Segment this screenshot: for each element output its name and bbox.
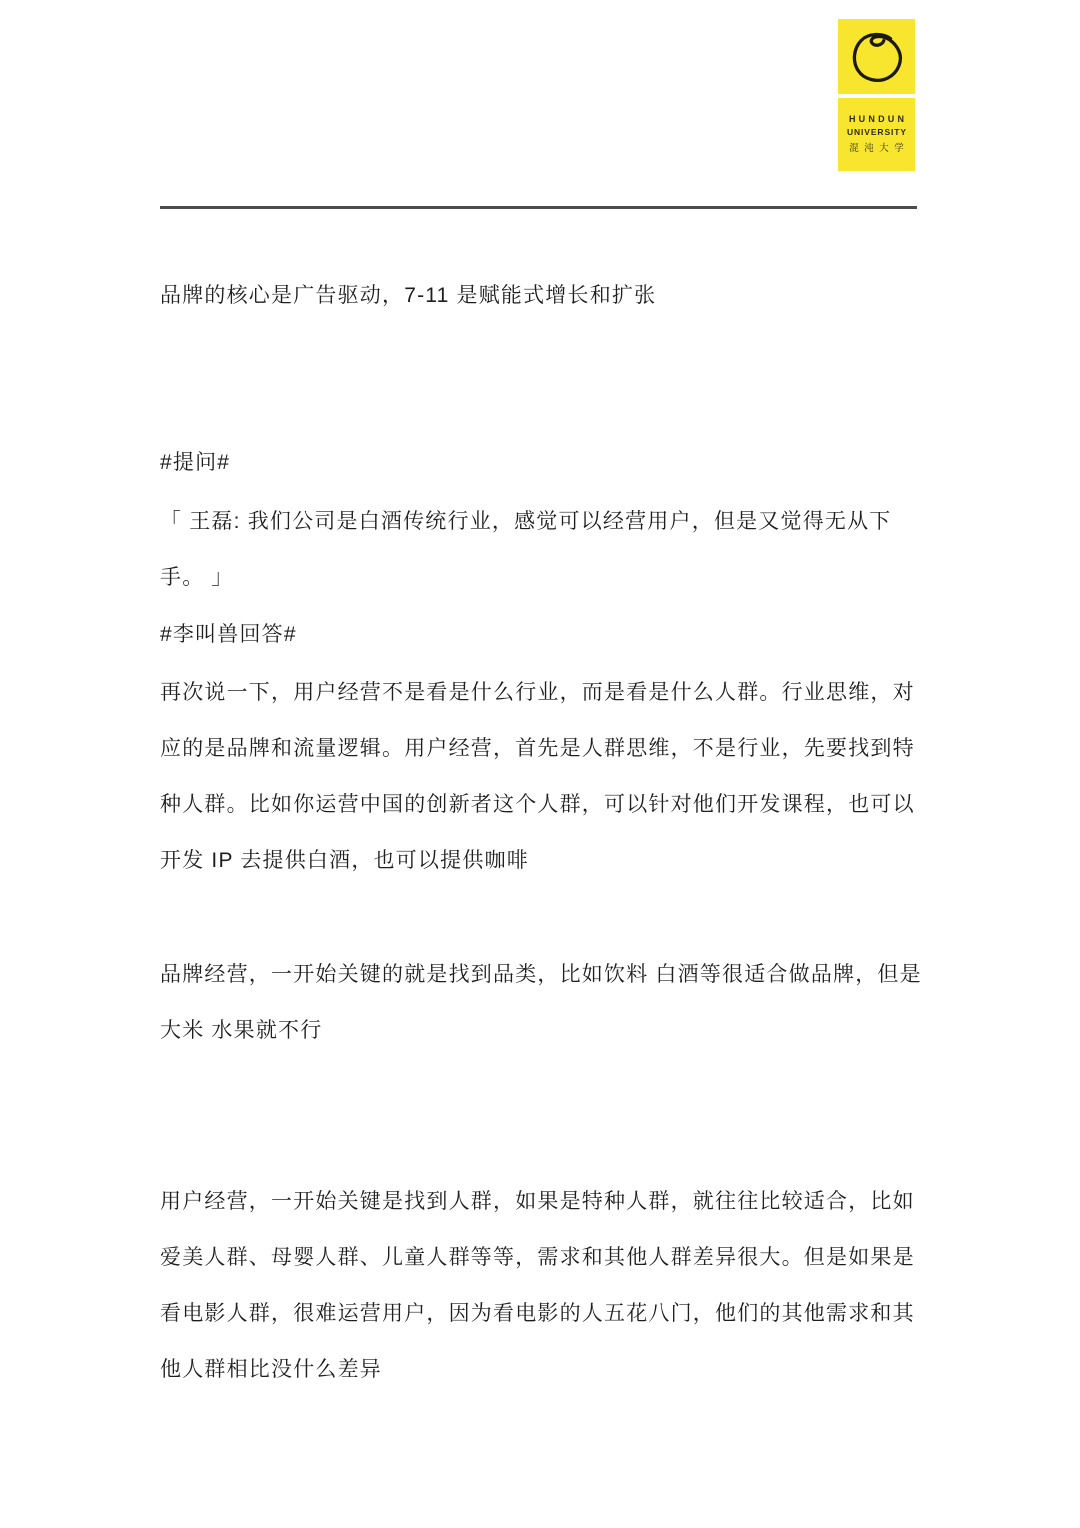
logo-text-hundun: HUNDUN <box>846 113 907 126</box>
logo-wordmark: HUNDUN UNIVERSITY 混沌大学 <box>838 98 915 171</box>
article-title: 品牌的核心是广告驱动，7-11 是赋能式增长和扩张 <box>160 268 960 324</box>
enso-circle-icon <box>848 28 906 86</box>
article-content: 品牌的核心是广告驱动，7-11 是赋能式增长和扩张 #提问# 「 王磊: 我们公… <box>160 268 960 1398</box>
logo-text-university: UNIVERSITY <box>846 126 907 139</box>
answer-paragraph-3: 用户经营，一开始关键是找到人群，如果是特种人群，就往往比较适合，比如 爱美人群、… <box>160 1174 960 1398</box>
document-page: HUNDUN UNIVERSITY 混沌大学 品牌的核心是广告驱动，7-11 是… <box>0 0 1080 1528</box>
answer-tag: #李叫兽回答# <box>160 607 960 663</box>
logo-text-chinese: 混沌大学 <box>844 141 910 156</box>
hundun-university-logo: HUNDUN UNIVERSITY 混沌大学 <box>838 19 915 171</box>
answer-paragraph-1: 再次说一下，用户经营不是看是什么行业，而是看是什么人群。行业思维，对 应的是品牌… <box>160 665 960 889</box>
logo-mark-box <box>838 19 915 94</box>
question-tag: #提问# <box>160 435 960 491</box>
horizontal-divider <box>160 206 917 209</box>
question-quote: 「 王磊: 我们公司是白酒传统行业，感觉可以经营用户，但是又觉得无从下 手。 」 <box>160 494 960 606</box>
answer-paragraph-2: 品牌经营，一开始关键的就是找到品类，比如饮料 白酒等很适合做品牌，但是 大米 水… <box>160 947 960 1059</box>
